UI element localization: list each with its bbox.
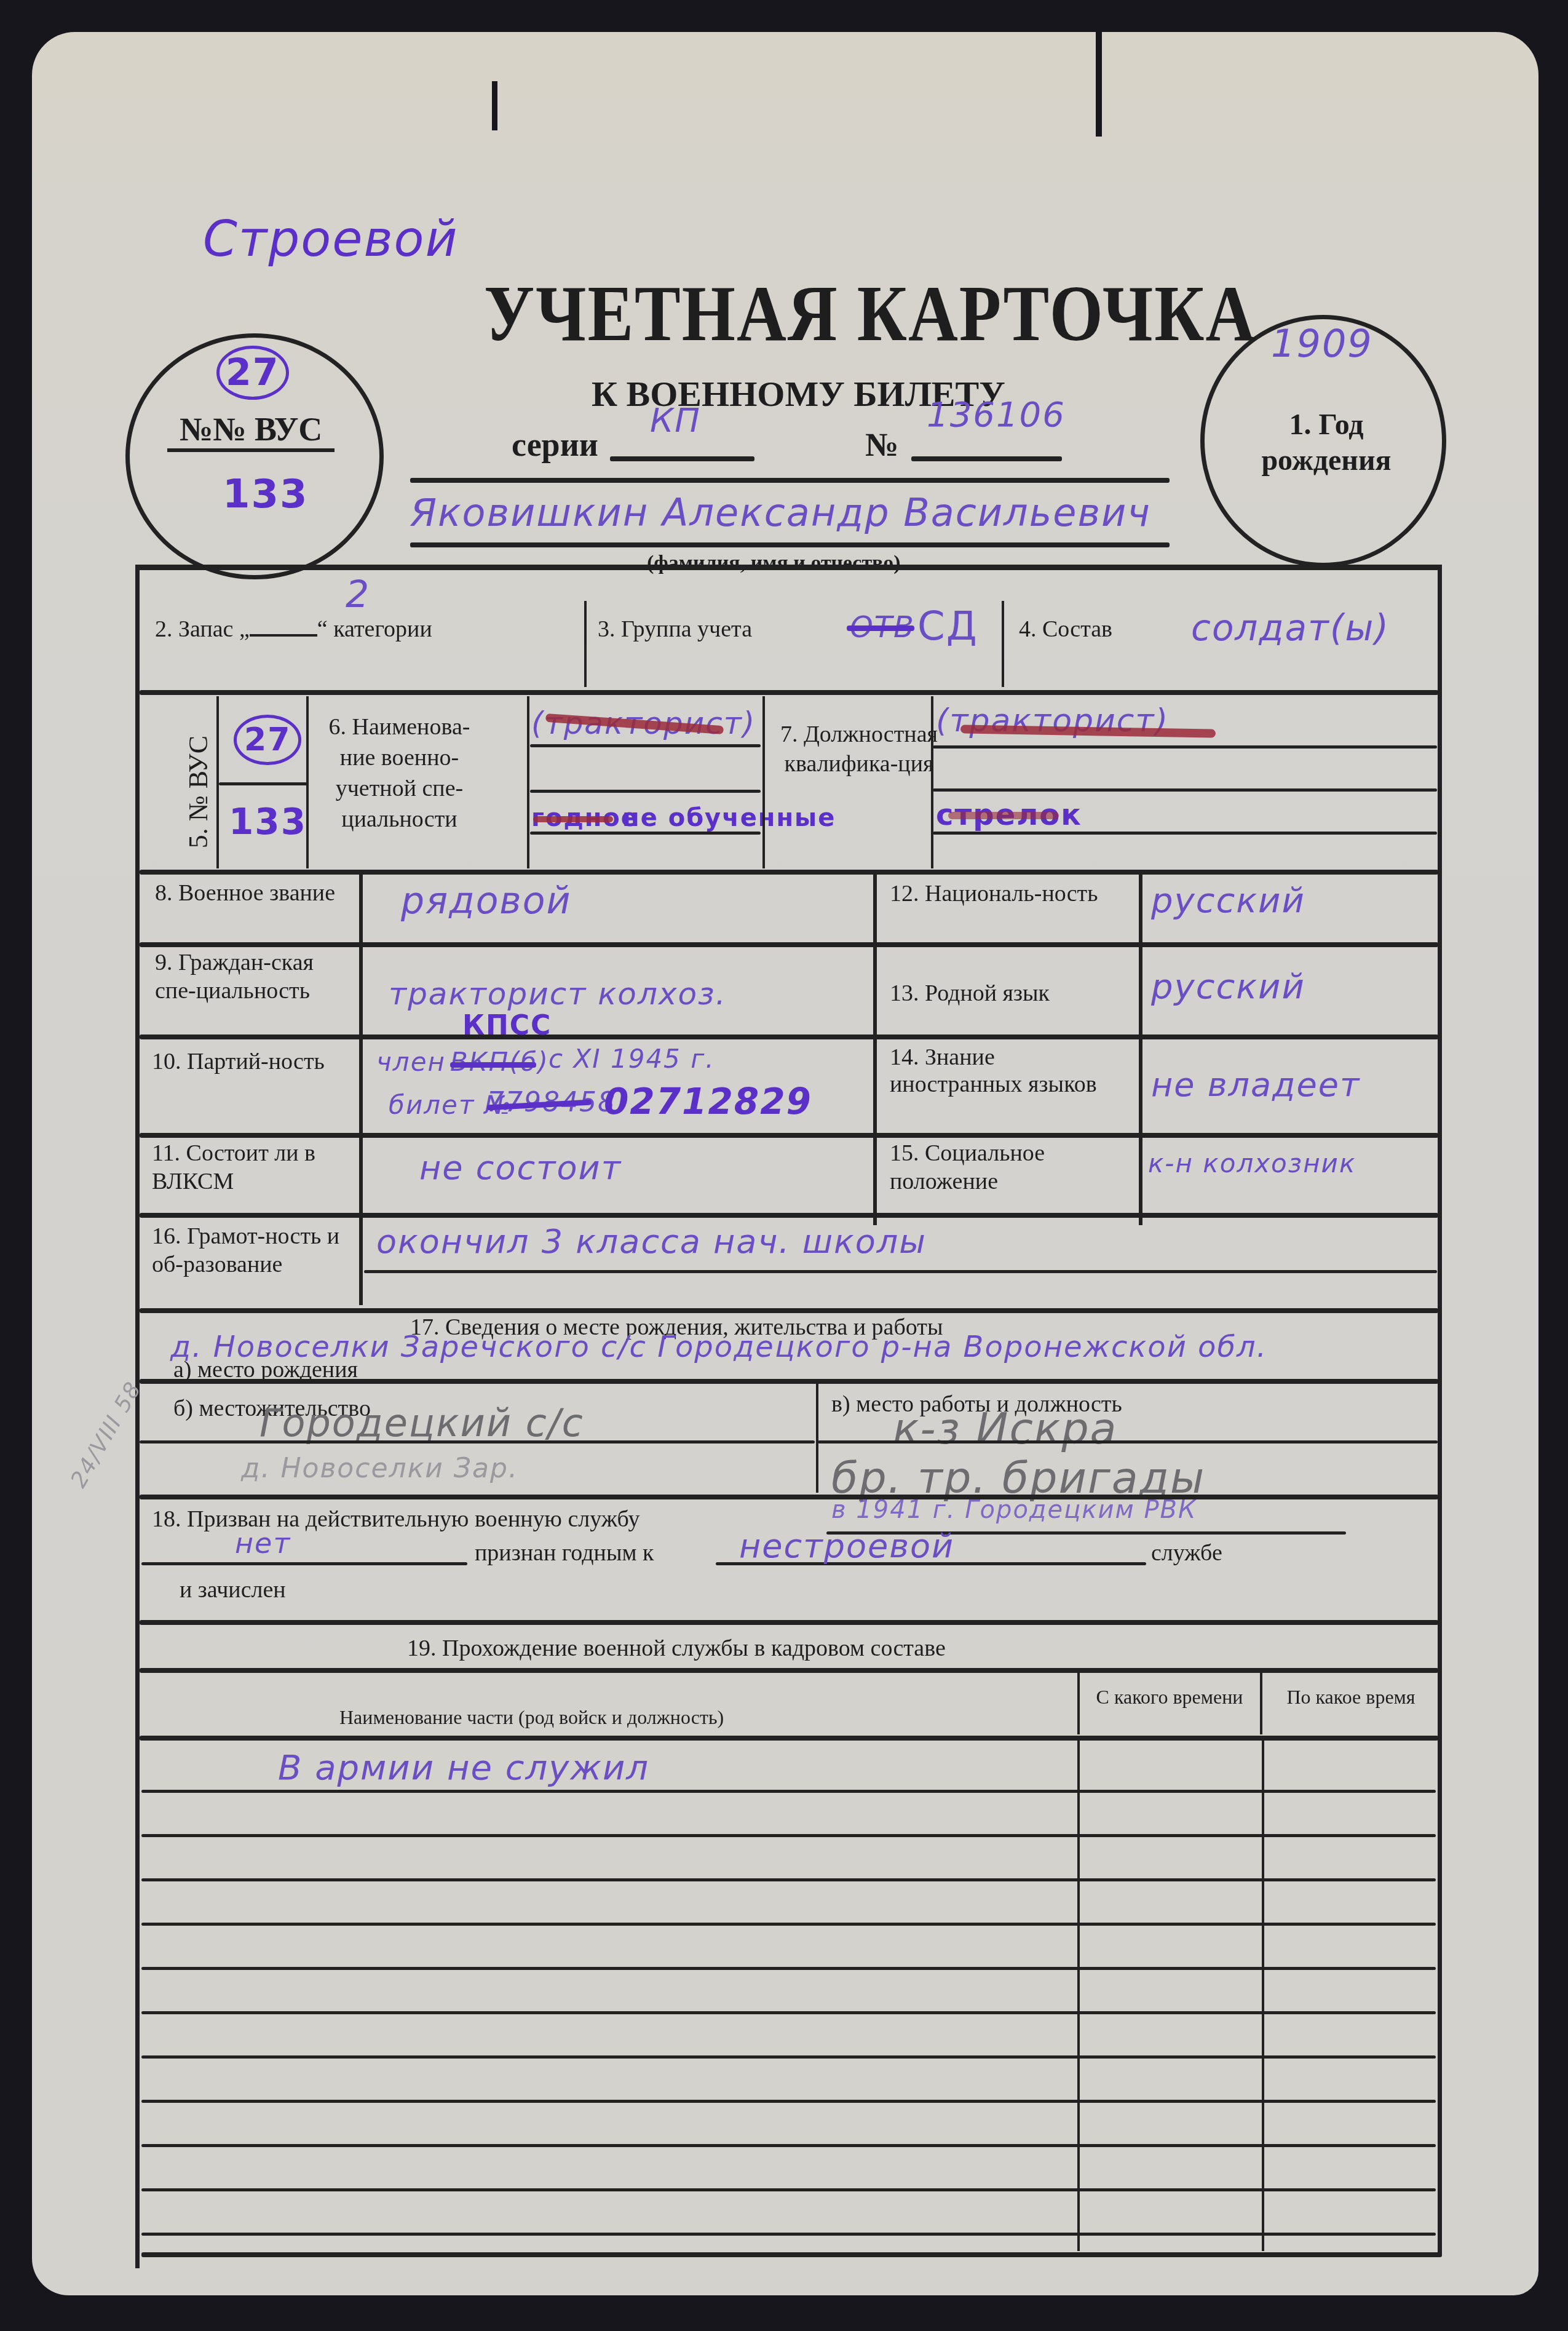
nationality-value: русский xyxy=(1151,881,1305,921)
r19-body-sep-1 xyxy=(1077,1741,1080,2251)
series-label: серии xyxy=(512,426,598,464)
komsomol-value: не состоит xyxy=(419,1148,622,1187)
number-label: № xyxy=(865,426,898,464)
r6-line-1 xyxy=(530,744,761,747)
ruled-line xyxy=(141,2011,1436,2014)
mil-specialty-value: не обученные xyxy=(622,804,836,832)
ruled-line xyxy=(141,2055,1436,2059)
ruled-line xyxy=(141,1878,1436,1881)
r19-col-sep-2 xyxy=(1260,1673,1262,1734)
party-stamp: КПСС xyxy=(462,1010,552,1041)
r19-col-sep-1 xyxy=(1077,1673,1080,1734)
enlisted-label: и зачислен xyxy=(180,1576,286,1604)
ruled-line xyxy=(141,2144,1436,2147)
row17a-bottom xyxy=(140,1379,1438,1384)
birth-year-label: 1. Год рождения xyxy=(1246,407,1406,479)
accounting-group-strike xyxy=(847,625,914,631)
ruled-line xyxy=(141,1967,1436,1970)
vus-value: 133 xyxy=(223,472,309,517)
vus-value-bottom: 133 xyxy=(229,801,307,843)
education-label: 16. Грамот-ность и об-разование xyxy=(152,1222,355,1279)
table-bottom-border xyxy=(141,2252,1442,2257)
stamp-stroevoi: Строевой xyxy=(203,210,459,268)
composition-value: солдат(ы) xyxy=(1191,607,1390,649)
full-name: Яковишкин Александр Васильевич xyxy=(410,490,1151,535)
row8-bottom xyxy=(140,942,1438,947)
series-value: КП xyxy=(650,401,701,440)
party-line1-strike xyxy=(450,1062,536,1068)
native-lang-value: русский xyxy=(1151,967,1305,1007)
mil-specialty-strike-bottom xyxy=(533,816,613,822)
paper-tear xyxy=(1096,32,1102,137)
fitness-label: признан годным к xyxy=(475,1539,654,1567)
civil-specialty-label: 9. Граждан-ская спе-циальность xyxy=(155,948,358,1005)
table-left-border xyxy=(135,565,140,2268)
number-line xyxy=(911,456,1062,461)
ruled-line xyxy=(141,1834,1436,1837)
col-from-header: С какого времени xyxy=(1087,1685,1253,1709)
native-lang-label: 13. Родной язык xyxy=(890,979,1050,1007)
service-history-heading: 19. Прохождение военной службы в кадрово… xyxy=(407,1634,946,1662)
paper-slit xyxy=(492,81,497,130)
reserve-label: 2. Запас „“ категории xyxy=(155,615,432,643)
ruled-line xyxy=(141,2233,1436,2236)
name-line-top xyxy=(410,478,1170,483)
right-label-col-sep xyxy=(1139,875,1142,1225)
position-strike-bottom xyxy=(948,812,1059,819)
reserve-category-value: 2 xyxy=(346,573,370,616)
social-status-value: к-н колхозник xyxy=(1148,1148,1356,1178)
col-unit-header: Наименование части (род войск и должност… xyxy=(339,1706,724,1729)
vus-vertical-label: 5. № ВУС xyxy=(183,731,214,854)
komsomol-label: 11. Состоит ли в ВЛКСМ xyxy=(152,1139,355,1196)
foreign-lang-value: не владеет xyxy=(1151,1065,1360,1104)
party-line1-suffix: с XI 1945 г. xyxy=(548,1044,715,1074)
conscription-line1: 18. Призван на действительную военную сл… xyxy=(152,1505,639,1533)
row5-bottom xyxy=(140,870,1438,875)
number-value: 136106 xyxy=(927,395,1066,435)
name-caption: (фамилия, имя и отчество) xyxy=(647,552,901,575)
row17-sep xyxy=(816,1382,818,1493)
row19-heading-bottom xyxy=(140,1668,1438,1673)
labels-col-sep xyxy=(359,875,363,1305)
nationality-label: 12. Националь-ность xyxy=(890,880,1123,908)
table-top-border xyxy=(135,565,1442,570)
r7-line-2 xyxy=(933,788,1437,792)
r6-sep xyxy=(527,696,529,868)
vus-label: №№ ВУС xyxy=(167,410,335,452)
party-card-number: 02712829 xyxy=(604,1081,812,1122)
col-to-header: По какое время xyxy=(1268,1685,1434,1709)
rank-label: 8. Военное звание xyxy=(155,880,352,907)
row17c-line xyxy=(818,1440,1438,1443)
row11-bottom xyxy=(140,1213,1438,1218)
conscription-line2-fill-a xyxy=(141,1562,467,1565)
row18-bottom xyxy=(140,1620,1438,1625)
rank-value: рядовой xyxy=(401,880,571,923)
composition-label: 4. Состав xyxy=(1019,615,1112,643)
mid-col-sep xyxy=(873,875,877,1225)
fitness-value: нестроевой xyxy=(739,1527,954,1565)
row10-bottom xyxy=(140,1133,1438,1138)
party-label: 10. Партий-ность xyxy=(152,1047,355,1076)
vus-circled: 27 xyxy=(234,715,301,765)
r19-body-sep-2 xyxy=(1262,1741,1264,2251)
vus-circled-value: 27 xyxy=(216,346,289,400)
foreign-lang-label: 14. Знание иностранных языков xyxy=(890,1044,1123,1098)
workplace-value-1: к-з Искра xyxy=(893,1404,1117,1454)
conscription-value: в 1941 г. Городецким РВК xyxy=(831,1496,1197,1524)
ruled-line xyxy=(141,2188,1436,2191)
accounting-group-value: СД xyxy=(917,604,978,649)
mil-specialty-label: 6. Наименова-ние военно-учетной спе-циал… xyxy=(315,712,484,835)
r5-mid xyxy=(219,782,307,785)
residence-value-1: Городецкий с/с xyxy=(259,1400,584,1445)
row2-sep-2 xyxy=(1002,601,1004,687)
civil-specialty-value: тракторист колхоз. xyxy=(389,976,727,1012)
row2-bottom xyxy=(140,690,1438,695)
row17-bottom xyxy=(140,1495,1438,1499)
name-line-bottom xyxy=(410,542,1170,547)
social-status-label: 15. Социальное положение xyxy=(890,1139,1123,1196)
r7-sep-b xyxy=(931,696,933,868)
birthplace-value: д. Новоселки Заречского с/с Городецкого … xyxy=(170,1330,1267,1364)
table-right-border xyxy=(1438,565,1442,2256)
r7-line-3 xyxy=(933,832,1437,835)
conscription-prefix-value: нет xyxy=(235,1527,291,1560)
ruled-line xyxy=(141,1790,1436,1793)
record-card: Строевой 27 №№ ВУС 133 1909 1. Год рожде… xyxy=(32,32,1538,2295)
r7-line-1 xyxy=(933,745,1437,749)
r5-sep-a xyxy=(216,696,219,868)
accounting-group-label: 3. Группа учета xyxy=(598,615,752,643)
party-line1-prefix: член xyxy=(376,1047,446,1077)
ruled-line xyxy=(141,1923,1436,1926)
row17b-line xyxy=(140,1440,815,1443)
position-qualification-label: 7. Должностная квалифика-ция xyxy=(767,720,951,779)
row16-midline xyxy=(364,1270,1437,1273)
row9-bottom xyxy=(140,1034,1438,1039)
education-value: окончил 3 класса нач. школы xyxy=(376,1222,927,1261)
ruled-line xyxy=(141,2100,1436,2103)
birth-year-value: 1909 xyxy=(1271,321,1373,366)
card-title: УЧЕТНАЯ КАРТОЧКА xyxy=(484,269,1256,360)
service-entry-unit: В армии не служил xyxy=(278,1748,649,1788)
service-label: службе xyxy=(1151,1539,1222,1567)
row19-header-bottom xyxy=(140,1736,1438,1741)
r6-line-2 xyxy=(530,790,761,793)
margin-note: 24/VIII 58 xyxy=(66,1377,146,1491)
row16-bottom xyxy=(140,1308,1438,1313)
r6-line-3 xyxy=(530,832,761,835)
series-line xyxy=(610,456,754,461)
r7-sep-a xyxy=(762,696,765,868)
row2-sep-1 xyxy=(584,601,587,687)
residence-value-2: д. Новоселки Зар. xyxy=(241,1453,518,1484)
r5-sep-b xyxy=(306,696,309,868)
